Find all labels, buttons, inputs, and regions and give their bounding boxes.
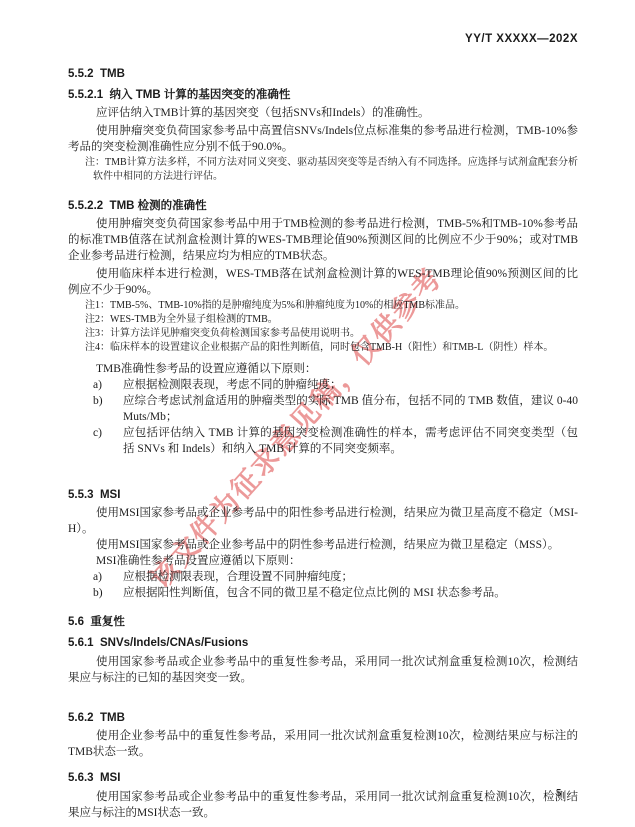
- clause-heading-5-5-3: 5.5.3 MSI: [68, 487, 578, 503]
- note-1: 注1：TMB-5%、TMB-10%指的是肿瘤纯度为5%和肿瘤纯度为10%的相应T…: [68, 299, 578, 313]
- paragraph: TMB准确性参考品的设置应遵循以下原则：: [68, 361, 578, 377]
- list-item-text: 应根据阳性判断值，包含不同的微卫星不稳定位点比例的 MSI 状态参考品。: [123, 587, 506, 599]
- clause-heading-5-5-2: 5.5.2 TMB: [68, 66, 578, 82]
- list-item-a: a) 应根据检测限表现，合理设置不同肿瘤纯度；: [68, 569, 578, 585]
- document-page: YY/T XXXXX—202X 该文件为征求意见稿，仅供参考 5.5.2 TMB…: [0, 0, 635, 827]
- list-marker: a): [93, 377, 102, 393]
- paragraph: 使用国家参考品或企业参考品中的重复性参考品，采用同一批次试剂盒重复检测10次，检…: [68, 654, 578, 686]
- clause-heading-5-6-1: 5.6.1 SNVs/Indels/CNAs/Fusions: [68, 635, 578, 651]
- list-item-b: b) 应综合考虑试剂盒适用的肿瘤类型的实际 TMB 值分布，包括不同的 TMB …: [68, 393, 578, 425]
- list-item-text: 应根据检测限表现，考虑不同的肿瘤纯度；: [123, 379, 342, 391]
- list-item-text: 应根据检测限表现，合理设置不同肿瘤纯度；: [123, 571, 353, 583]
- list-item-b: b) 应根据阳性判断值，包含不同的微卫星不稳定位点比例的 MSI 状态参考品。: [68, 585, 578, 601]
- paragraph: MSI准确性参考品设置应遵循以下原则：: [68, 553, 578, 569]
- note-4: 注4：临床样本的设置建议企业根据产品的阳性判断值，同时包含TMB-H（阳性）和T…: [68, 341, 578, 355]
- note-3: 注3：计算方法详见肿瘤突变负荷检测国家参考品使用说明书。: [68, 327, 578, 341]
- paragraph: 使用MSI国家参考品或企业参考品中的阳性参考品进行检测，结果应为微卫星高度不稳定…: [68, 505, 578, 537]
- paragraph: 使用MSI国家参考品或企业参考品中的阴性参考品进行检测，结果应为微卫星稳定（MS…: [68, 537, 578, 553]
- paragraph: 使用临床样本进行检测，WES-TMB落在试剂盒检测计算的WES-TMB理论值90…: [68, 266, 578, 298]
- list-item-text: 应综合考虑试剂盒适用的肿瘤类型的实际 TMB 值分布，包括不同的 TMB 数值，…: [123, 395, 578, 423]
- paragraph: 使用肿瘤突变负荷国家参考品中高置信SNVs/Indels位点标准集的参考品进行检…: [68, 123, 578, 155]
- clause-heading-5-6-3: 5.6.3 MSI: [68, 770, 578, 786]
- paragraph: 使用肿瘤突变负荷国家参考品中用于TMB检测的参考品进行检测，TMB-5%和TMB…: [68, 216, 578, 264]
- list-marker: a): [93, 569, 102, 585]
- standard-code-header: YY/T XXXXX—202X: [465, 33, 578, 45]
- paragraph: 使用企业参考品中的重复性参考品，采用同一批次试剂盒重复检测10次，检测结果应与标…: [68, 728, 578, 760]
- list-item-a: a) 应根据检测限表现，考虑不同的肿瘤纯度；: [68, 377, 578, 393]
- list-item-c: c) 应包括评估纳入 TMB 计算的基因突变检测准确性的样本，需考虑评估不同突变…: [68, 425, 578, 457]
- list-marker: c): [93, 425, 102, 441]
- page-number: 5: [556, 787, 562, 799]
- clause-heading-5-6-2: 5.6.2 TMB: [68, 710, 578, 726]
- document-body: 5.5.2 TMB 5.5.2.1 纳入 TMB 计算的基因突变的准确性 应评估…: [68, 60, 578, 821]
- paragraph: 使用国家参考品或企业参考品中的重复性参考品，采用同一批次试剂盒重复检测10次，检…: [68, 789, 578, 821]
- clause-heading-5-5-2-1: 5.5.2.1 纳入 TMB 计算的基因突变的准确性: [68, 87, 578, 103]
- list-marker: b): [93, 393, 103, 409]
- paragraph: 应评估纳入TMB计算的基因突变（包括SNVs和Indels）的准确性。: [68, 105, 578, 121]
- note-2: 注2：WES-TMB为全外显子组检测的TMB。: [68, 313, 578, 327]
- clause-heading-5-5-2-2: 5.5.2.2 TMB 检测的准确性: [68, 198, 578, 214]
- note: 注：TMB计算方法多样，不同方法对同义突变、驱动基因突变等是否纳入有不同选择。应…: [68, 156, 578, 184]
- list-item-text: 应包括评估纳入 TMB 计算的基因突变检测准确性的样本，需考虑评估不同突变类型（…: [123, 427, 578, 455]
- clause-heading-5-6: 5.6 重复性: [68, 614, 578, 630]
- list-marker: b): [93, 585, 103, 601]
